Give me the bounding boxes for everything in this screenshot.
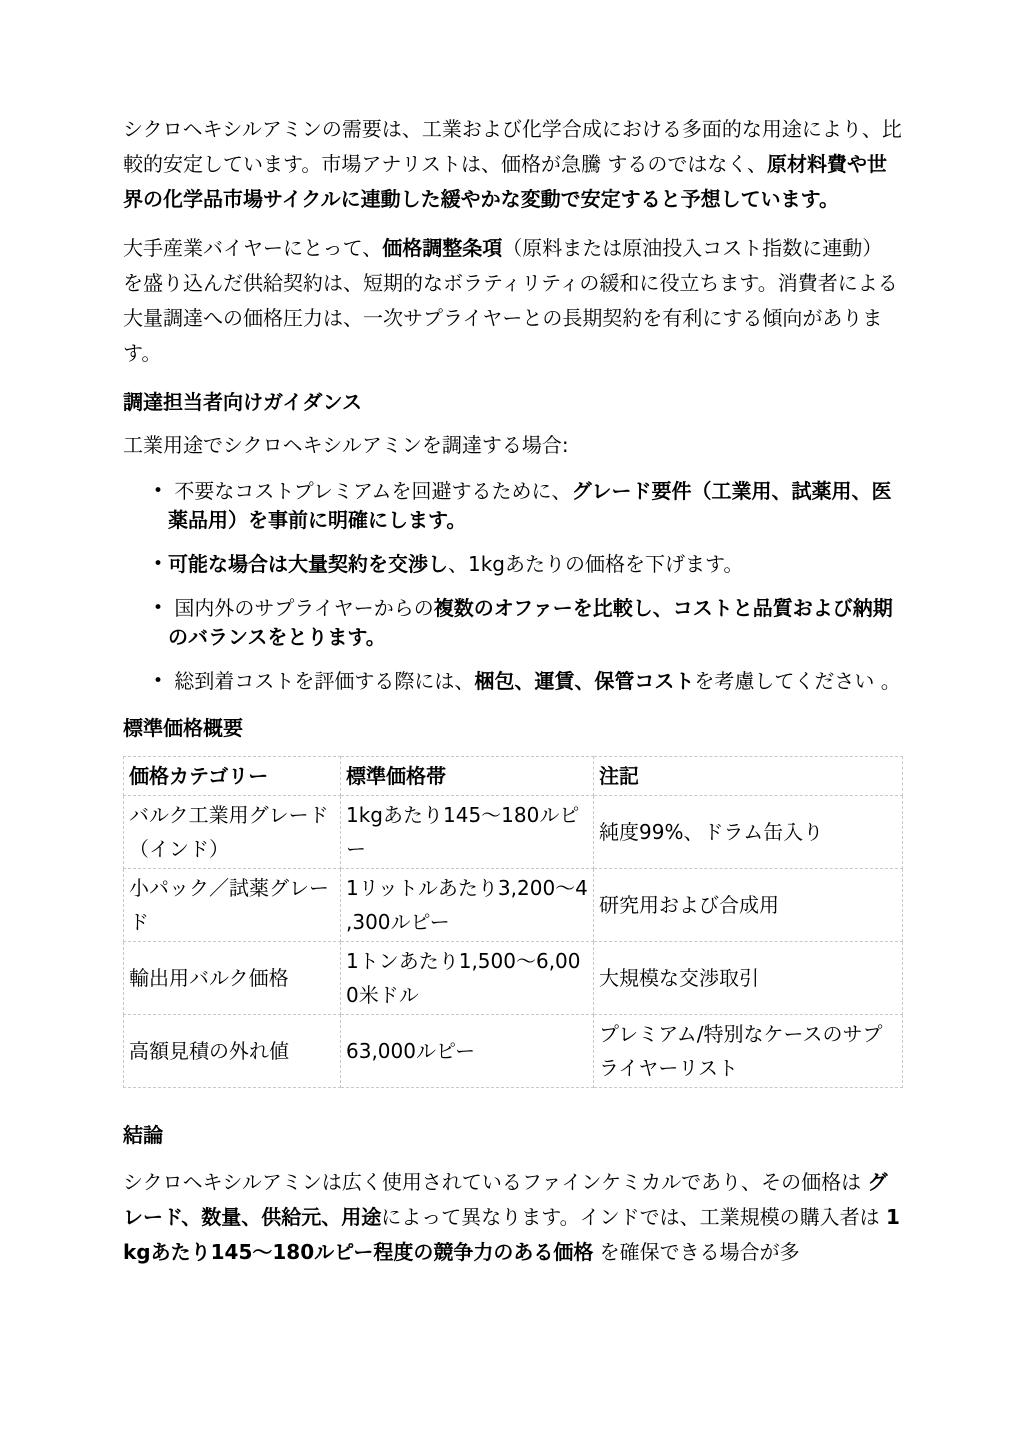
- conclusion-heading: 結論: [123, 1118, 902, 1153]
- conclusion-text-normal-3: を確保できる場合が多: [593, 1240, 799, 1264]
- guidance-list: • 不要なコストプレミアムを回避するために、グレード要件（工業用、試薬用、医薬品…: [123, 477, 902, 696]
- list-item-text: 不要なコストプレミアムを回避するために、: [168, 479, 572, 503]
- table-row-export-bulk: 輸出用バルク価格 1トンあたり1,500〜6,000米ドル 大規模な交渉取引: [124, 942, 903, 1015]
- pricing-heading: 標準価格概要: [123, 711, 902, 746]
- table-cell-category: バルク工業用グレード（インド）: [124, 796, 341, 869]
- table-header-row: 価格カテゴリー 標準価格帯 注記: [124, 757, 903, 796]
- table-cell-category: 高額見積の外れ値: [124, 1015, 341, 1088]
- list-item-text: 国内外のサプライヤーからの: [168, 596, 434, 620]
- list-item-landed-cost: • 総到着コストを評価する際には、梱包、運賃、保管コストを考慮してください 。: [123, 667, 902, 696]
- table-cell-price-range: 1kgあたり145〜180ルピー: [341, 796, 594, 869]
- buyers-text-normal: 大手産業バイヤーにとって、: [123, 236, 382, 260]
- table-row-high-outlier: 高額見積の外れ値 63,000ルピー プレミアム/特別なケースのサプライヤーリス…: [124, 1015, 903, 1088]
- bullet-icon: •: [153, 594, 163, 623]
- table-row-small-pack: 小パック／試薬グレード 1リットルあたり3,200〜4,300ルピー 研究用およ…: [124, 869, 903, 942]
- list-item-grade-requirements: • 不要なコストプレミアムを回避するために、グレード要件（工業用、試薬用、医薬品…: [123, 477, 902, 535]
- table-header-notes: 注記: [594, 757, 903, 796]
- list-item-text-after: 、1kgあたりの価格を下げます。: [448, 552, 743, 576]
- bullet-icon: •: [153, 477, 163, 506]
- conclusion-text-normal-2: によって異なります。インドでは、工業規模の購入者は: [381, 1205, 886, 1229]
- guidance-intro: 工業用途でシクロヘキシルアミンを調達する場合:: [123, 428, 902, 463]
- table-header-category: 価格カテゴリー: [124, 757, 341, 796]
- list-item-bulk-contracts: •可能な場合は大量契約を交渉し、1kgあたりの価格を下げます。: [123, 550, 902, 579]
- document-page: シクロヘキシルアミンの需要は、工業および化学合成における多面的な用途により、比較…: [0, 0, 1023, 1447]
- table-cell-notes: 研究用および合成用: [594, 869, 903, 942]
- buyers-text-bold: 価格調整条項: [382, 236, 502, 260]
- table-cell-price-range: 63,000ルピー: [341, 1015, 594, 1088]
- pricing-table: 価格カテゴリー 標準価格帯 注記 バルク工業用グレード（インド） 1kgあたり1…: [123, 756, 903, 1088]
- list-item-text-bold: 梱包、運賃、保管コスト: [474, 669, 694, 693]
- table-row-bulk-industrial: バルク工業用グレード（インド） 1kgあたり145〜180ルピー 純度99%、ド…: [124, 796, 903, 869]
- table-cell-category: 小パック／試薬グレード: [124, 869, 341, 942]
- table-header-price-range: 標準価格帯: [341, 757, 594, 796]
- bullet-icon: •: [153, 550, 163, 579]
- guidance-heading: 調達担当者向けガイダンス: [123, 385, 902, 420]
- list-item-text: 総到着コストを評価する際には、: [168, 669, 474, 693]
- list-item-text-after: を考慮してください 。: [694, 669, 900, 693]
- table-cell-notes: 純度99%、ドラム缶入り: [594, 796, 903, 869]
- bullet-icon: •: [153, 667, 163, 696]
- list-item-compare-offers: • 国内外のサプライヤーからの複数のオファーを比較し、コストと品質および納期のバ…: [123, 594, 902, 652]
- conclusion-text-normal: シクロヘキシルアミンは広く使用されているファインケミカルであり、その価格は: [123, 1170, 867, 1194]
- table-cell-category: 輸出用バルク価格: [124, 942, 341, 1015]
- conclusion-paragraph: シクロヘキシルアミンは広く使用されているファインケミカルであり、その価格は グレ…: [123, 1165, 902, 1270]
- table-cell-price-range: 1トンあたり1,500〜6,000米ドル: [341, 942, 594, 1015]
- list-item-text-bold: 可能な場合は大量契約を交渉し: [168, 552, 448, 576]
- table-cell-price-range: 1リットルあたり3,200〜4,300ルピー: [341, 869, 594, 942]
- intro-paragraph: シクロヘキシルアミンの需要は、工業および化学合成における多面的な用途により、比較…: [123, 112, 902, 217]
- table-cell-notes: プレミアム/特別なケースのサプライヤーリスト: [594, 1015, 903, 1088]
- buyers-paragraph: 大手産業バイヤーにとって、価格調整条項（原料または原油投入コスト指数に連動）を盛…: [123, 231, 902, 371]
- table-cell-notes: 大規模な交渉取引: [594, 942, 903, 1015]
